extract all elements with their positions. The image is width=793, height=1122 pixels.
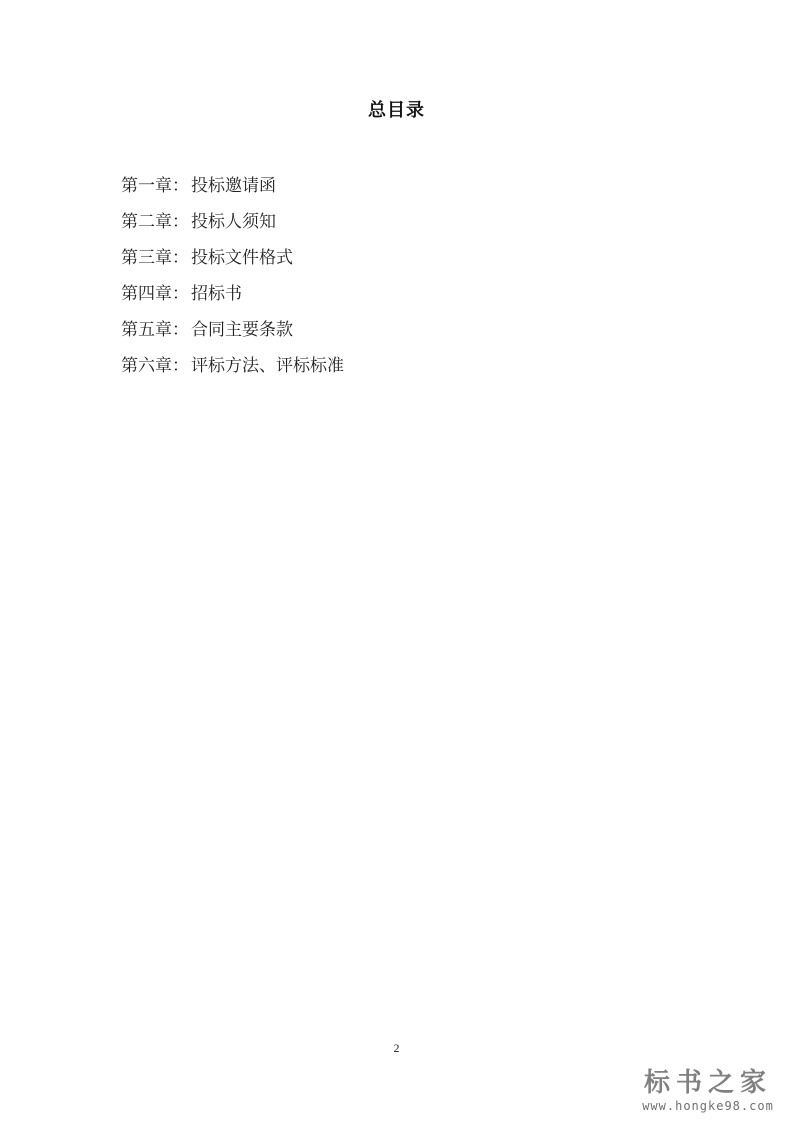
toc-separator: ：	[172, 176, 189, 196]
toc-chapter-number: 第三章	[121, 248, 172, 268]
watermark-logo: 标书之家 www.hongke98.com	[633, 1068, 783, 1114]
toc-chapter-title: 投标邀请函	[191, 176, 276, 196]
page-number: 2	[0, 1041, 793, 1056]
toc-chapter-number: 第五章	[121, 320, 172, 340]
toc-chapter-title: 投标人须知	[191, 212, 276, 232]
toc-separator: ：	[172, 284, 189, 304]
toc-separator: ：	[172, 248, 189, 268]
toc-separator: ：	[172, 356, 189, 376]
table-of-contents: 第一章：投标邀请函 第二章：投标人须知 第三章：投标文件格式 第四章：招标书 第…	[121, 174, 344, 390]
toc-separator: ：	[172, 320, 189, 340]
toc-chapter-title: 招标书	[191, 284, 242, 304]
toc-chapter-number: 第四章	[121, 284, 172, 304]
toc-chapter-number: 第一章	[121, 176, 172, 196]
toc-separator: ：	[172, 212, 189, 232]
toc-chapter-number: 第二章	[121, 212, 172, 232]
toc-item-chapter-3: 第三章：投标文件格式	[121, 246, 344, 282]
toc-item-chapter-5: 第五章：合同主要条款	[121, 318, 344, 354]
watermark-brand-text: 标书之家	[633, 1068, 783, 1098]
page-title: 总目录	[0, 96, 793, 122]
toc-item-chapter-4: 第四章：招标书	[121, 282, 344, 318]
toc-chapter-title: 合同主要条款	[191, 320, 293, 340]
toc-chapter-title: 投标文件格式	[191, 248, 293, 268]
toc-item-chapter-6: 第六章：评标方法、评标标准	[121, 354, 344, 390]
toc-item-chapter-2: 第二章：投标人须知	[121, 210, 344, 246]
watermark-url-text: www.hongke98.com	[633, 1098, 783, 1114]
toc-chapter-title: 评标方法、评标标准	[191, 356, 344, 376]
toc-item-chapter-1: 第一章：投标邀请函	[121, 174, 344, 210]
toc-chapter-number: 第六章	[121, 356, 172, 376]
